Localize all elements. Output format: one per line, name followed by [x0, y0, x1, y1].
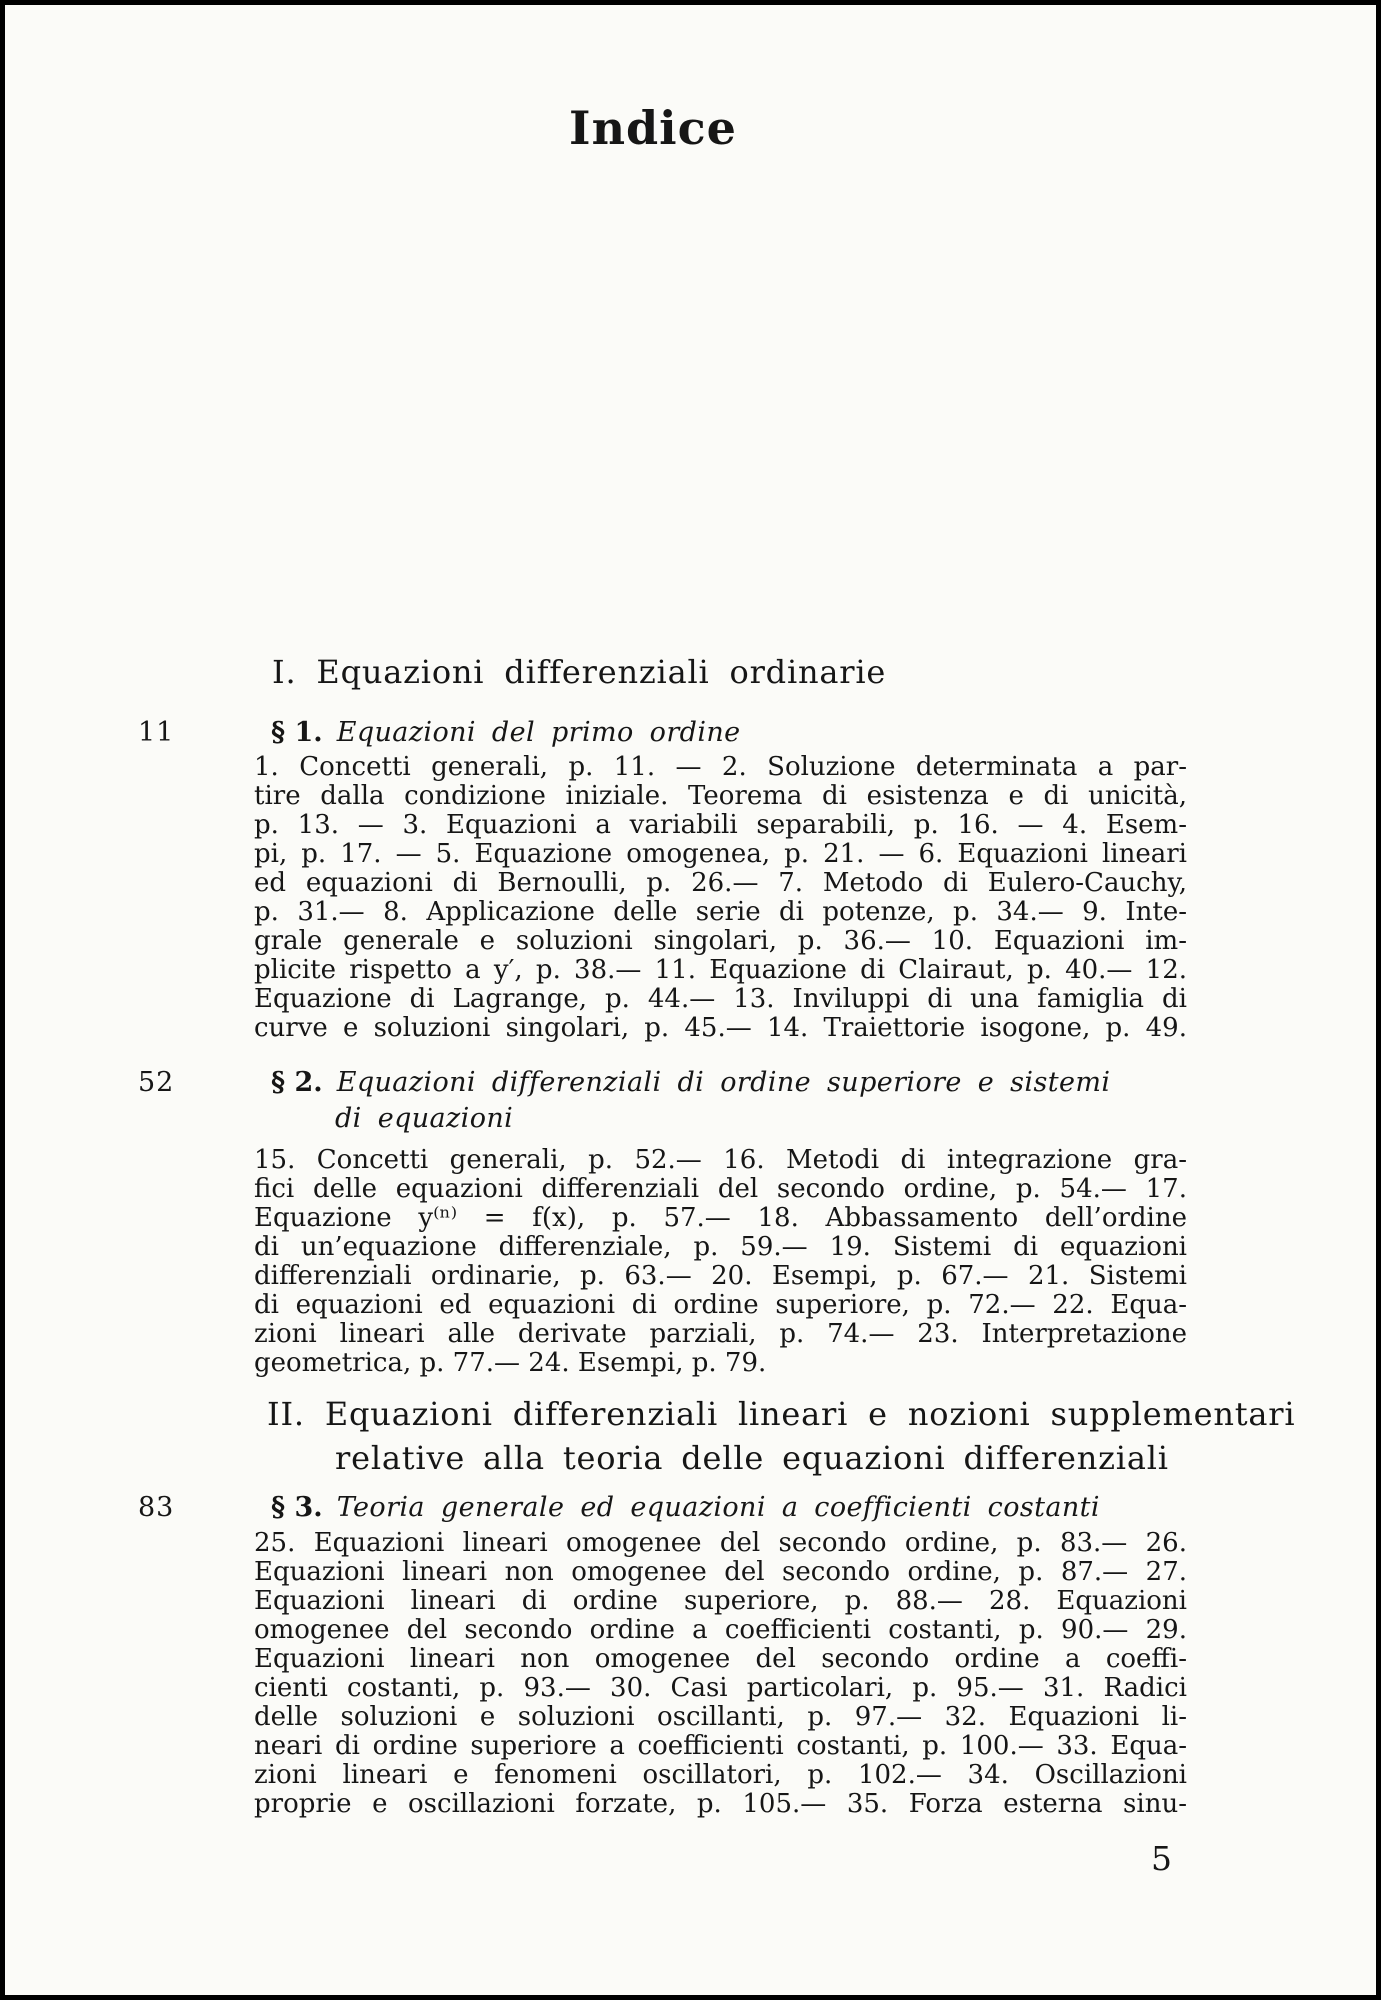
- toc-entry-line: 25. Equazioni lineari omogenee del secon…: [254, 1529, 1187, 1558]
- toc-entry-line: Equazioni lineari non omogenee del secon…: [254, 1558, 1187, 1587]
- toc-entry-line: differenziali ordinarie, p. 63.— 20. Ese…: [254, 1262, 1187, 1291]
- chapter-1-heading: I. Equazioni differenziali ordinarie: [272, 653, 886, 691]
- section-1-title: Equazioni del primo ordine: [337, 717, 741, 748]
- section-2-title-line2: di equazioni: [335, 1103, 1110, 1134]
- toc-entry-line: p. 31.— 8. Applicazione delle serie di p…: [254, 898, 1187, 927]
- section-3-mark: § 3.: [271, 1492, 323, 1523]
- chapter-1-number: I.: [272, 653, 296, 691]
- toc-entry-line: di un’equazione differenziale, p. 59.— 1…: [254, 1233, 1187, 1262]
- toc-entry-line: Equazioni lineari non omogenee del secon…: [254, 1645, 1187, 1674]
- toc-entry-line: Equazione y⁽ⁿ⁾ = f(x), p. 57.— 18. Abbas…: [254, 1204, 1187, 1233]
- section-3-title: Teoria generale ed equazioni a coefficie…: [337, 1492, 1100, 1523]
- toc-entry-line: omogenee del secondo ordine a coefficien…: [254, 1616, 1187, 1645]
- toc-entry-line: Equazioni lineari di ordine superiore, p…: [254, 1587, 1187, 1616]
- chapter-1-title: Equazioni differenziali ordinarie: [316, 653, 886, 691]
- toc-entry-line: di equazioni ed equazioni di ordine supe…: [254, 1291, 1187, 1320]
- section-2-heading: § 2.Equazioni differenziali di ordine su…: [271, 1067, 1110, 1134]
- toc-entry-line: 15. Concetti generali, p. 52.— 16. Metod…: [254, 1146, 1187, 1175]
- toc-entry-line: fici delle equazioni differenziali del s…: [254, 1175, 1187, 1204]
- section-1-entries: 1. Concetti generali, p. 11. — 2. Soluzi…: [254, 753, 1187, 1043]
- folio-page-number: 5: [1151, 1839, 1172, 1878]
- toc-entry-line: delle soluzioni e soluzioni oscillanti, …: [254, 1703, 1187, 1732]
- toc-entry-line: Equazione di Lagrange, p. 44.— 13. Invil…: [254, 985, 1187, 1014]
- toc-entry-line: grale generale e soluzioni singolari, p.…: [254, 927, 1187, 956]
- toc-entry-line: neari di ordine superiore a coefficienti…: [254, 1732, 1187, 1761]
- toc-entry-line: curve e soluzioni singolari, p. 45.— 14.…: [254, 1014, 1187, 1043]
- toc-entry-line: cienti costanti, p. 93.— 30. Casi partic…: [254, 1674, 1187, 1703]
- toc-entry-line: plicite rispetto a y′, p. 38.— 11. Equaz…: [254, 956, 1187, 985]
- chapter-2-title-line1: Equazioni differenziali lineari e nozion…: [325, 1395, 1296, 1433]
- section-1-heading: § 1.Equazioni del primo ordine: [271, 717, 741, 748]
- toc-entry-line: zioni lineari e fenomeni oscillatori, p.…: [254, 1761, 1187, 1790]
- section-3-heading: § 3.Teoria generale ed equazioni a coeff…: [271, 1492, 1100, 1523]
- book-page: Indice I. Equazioni differenziali ordina…: [0, 0, 1381, 2000]
- section-1-mark: § 1.: [271, 717, 323, 748]
- toc-entry-line: pi, p. 17. — 5. Equazione omogenea, p. 2…: [254, 840, 1187, 869]
- page-title: Indice: [5, 101, 1301, 155]
- toc-entry-line: ed equazioni di Bernoulli, p. 26.— 7. Me…: [254, 869, 1187, 898]
- section-2-entries: 15. Concetti generali, p. 52.— 16. Metod…: [254, 1146, 1187, 1378]
- section-2-mark: § 2.: [271, 1067, 323, 1098]
- section-2-title-line1: Equazioni differenziali di ordine superi…: [337, 1067, 1111, 1098]
- toc-entry-line: tire dalla condizione iniziale. Teorema …: [254, 782, 1187, 811]
- section-3-page-number: 83: [138, 1492, 174, 1523]
- section-2-page-number: 52: [138, 1067, 174, 1098]
- chapter-2-title-line2: relative alla teoria delle equazioni dif…: [335, 1439, 1295, 1477]
- chapter-2-number: II.: [267, 1395, 305, 1433]
- toc-entry-line: zioni lineari alle derivate parziali, p.…: [254, 1320, 1187, 1349]
- toc-entry-line: proprie e oscillazioni forzate, p. 105.—…: [254, 1790, 1187, 1819]
- toc-entry-line: p. 13. — 3. Equazioni a variabili separa…: [254, 811, 1187, 840]
- toc-entry-line: 1. Concetti generali, p. 11. — 2. Soluzi…: [254, 753, 1187, 782]
- section-3-entries: 25. Equazioni lineari omogenee del secon…: [254, 1529, 1187, 1819]
- chapter-2-heading: II. Equazioni differenziali lineari e no…: [267, 1395, 1295, 1477]
- section-1-page-number: 11: [138, 717, 174, 748]
- toc-entry-line: geometrica, p. 77.— 24. Esempi, p. 79.: [254, 1349, 1187, 1378]
